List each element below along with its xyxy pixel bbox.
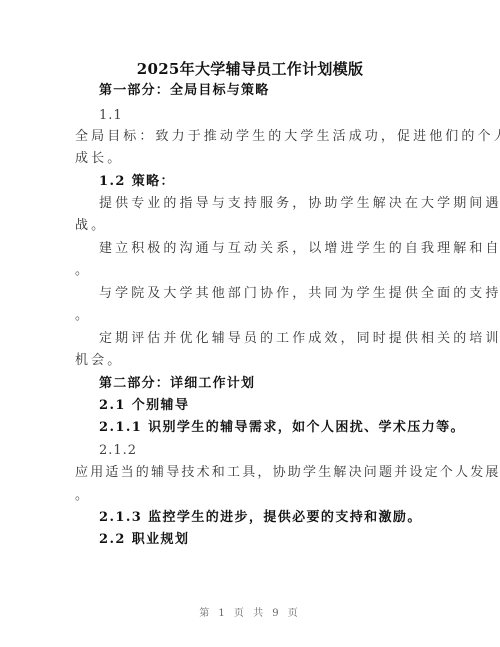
body-text-strategy-2: 建立积极的沟通与互动关系，以增进学生的自我理解和自我发展 xyxy=(99,240,420,258)
body-text-continuation: 机会。 xyxy=(75,352,420,370)
body-text-continuation: 成长。 xyxy=(75,150,420,168)
page-indicator: 第 1 页 共 9 页 xyxy=(0,604,500,619)
body-text-strategy-1: 提供专业的指导与支持服务，协助学生解决在大学期间遇到的挑 xyxy=(99,195,420,213)
body-text-continuation: 战。 xyxy=(75,217,420,235)
section-heading-part-two: 第二部分：详细工作计划 xyxy=(99,375,420,393)
item-number-1-1: 1.1 xyxy=(99,107,420,125)
body-text-strategy-3: 与学院及大学其他部门协作，共同为学生提供全面的支持和资源 xyxy=(99,285,420,303)
body-text-continuation: 。 xyxy=(75,262,420,280)
item-number-2-1-2: 2.1.2 xyxy=(99,442,420,460)
body-text-strategy-4: 定期评估并优化辅导员的工作成效，同时提供相关的培训和发展 xyxy=(99,330,420,348)
body-text-continuation: 。 xyxy=(75,487,420,505)
body-text-continuation: 。 xyxy=(75,307,420,325)
item-2-1-3: 2.1.3 监控学生的进步，提供必要的支持和激励。 xyxy=(99,509,420,527)
subsection-heading-2-1: 2.1 个别辅导 xyxy=(99,397,420,415)
subsection-heading-1-2: 1.2 策略： xyxy=(99,173,420,191)
subsection-heading-2-2: 2.2 职业规划 xyxy=(99,531,420,549)
document-title: 2025年大学辅导员工作计划模版 xyxy=(0,58,500,79)
body-text-global-goal: 全局目标：致力于推动学生的大学生活成功，促进他们的个人和学术 xyxy=(75,128,420,146)
document-page: 2025年大学辅导员工作计划模版 第一部分：全局目标与策略 1.1 全局目标：致… xyxy=(0,0,500,647)
item-2-1-1: 2.1.1 识别学生的辅导需求，如个人困扰、学术压力等。 xyxy=(99,419,420,437)
section-heading-part-one: 第一部分：全局目标与策略 xyxy=(99,82,420,100)
body-text-item-2-1-2: 应用适当的辅导技术和工具，协助学生解决问题并设定个人发展计划 xyxy=(75,464,420,482)
